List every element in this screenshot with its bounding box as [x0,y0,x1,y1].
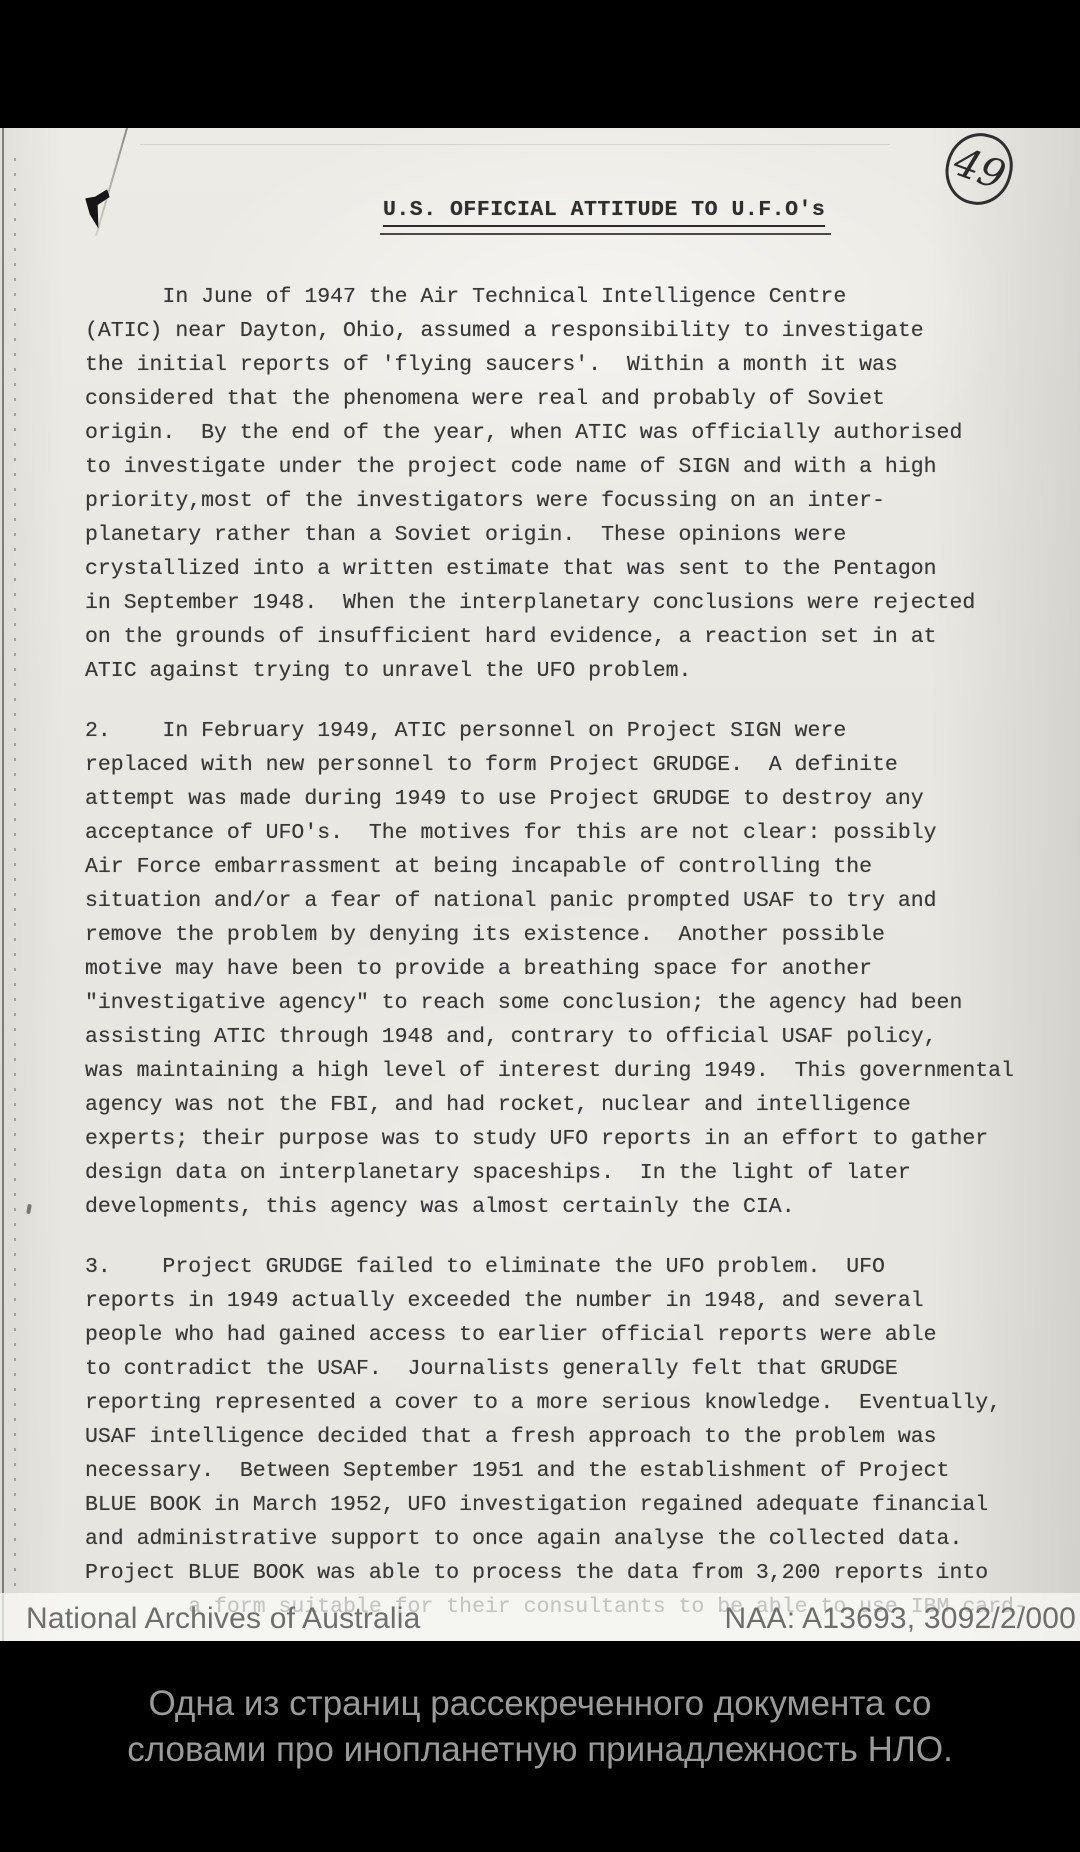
screenshot-root: 49 U.S. OFFICIAL ATTITUDE TO U.F.O's In … [0,0,1080,1852]
text-line: Air Force embarrassment at being incapab… [85,850,1075,884]
document-title-text: U.S. OFFICIAL ATTITUDE TO U.F.O's [383,198,825,222]
text-line: BLUE BOOK in March 1952, UFO investigati… [85,1488,1075,1522]
text-line: priority,most of the investigators were … [85,484,1075,518]
stray-mark [26,1204,32,1215]
paper-crease [95,128,128,236]
perforation-dots [14,158,16,1588]
title-underline-2 [380,233,831,235]
text-line: was maintaining a high level of interest… [85,1054,1075,1088]
text-line: reports in 1949 actually exceeded the nu… [85,1284,1075,1318]
text-line: considered that the phenomena were real … [85,382,1075,416]
text-line: attempt was made during 1949 to use Proj… [85,782,1075,816]
text-line: 3. Project GRUDGE failed to eliminate th… [85,1250,1075,1284]
paragraph-1: In June of 1947 the Air Technical Intell… [85,280,1075,688]
text-line: design data on interplanetary spaceships… [85,1156,1075,1190]
page-number-circle: 49 [938,128,1019,212]
text-line: replaced with new personnel to form Proj… [85,748,1075,782]
text-line: planetary rather than a Soviet origin. T… [85,518,1075,552]
text-line: necessary. Between September 1951 and th… [85,1454,1075,1488]
text-line: motive may have been to provide a breath… [85,952,1075,986]
text-line: In June of 1947 the Air Technical Intell… [85,280,1075,314]
scan-scratch [140,144,890,145]
text-line: origin. By the end of the year, when ATI… [85,416,1075,450]
archive-footer: National Archives of Australia NAA: A136… [0,1593,1080,1641]
paragraph-2: 2. In February 1949, ATIC personnel on P… [85,714,1075,1224]
archive-name: National Archives of Australia [26,1602,421,1635]
text-line: developments, this agency was almost cer… [85,1190,1075,1224]
text-line: acceptance of UFO's. The motives for thi… [85,816,1075,850]
text-line: to contradict the USAF. Journalists gene… [85,1352,1075,1386]
text-line: people who had gained access to earlier … [85,1318,1075,1352]
text-line: crystallized into a written estimate tha… [85,552,1075,586]
caption-line-2: словами про инопланетную принадлежность … [0,1727,1080,1773]
text-line: and administrative support to once again… [85,1522,1075,1556]
ink-mark [81,187,110,230]
page-number: 49 [948,142,1010,197]
text-line: the initial reports of 'flying saucers'.… [85,348,1075,382]
text-line: Project BLUE BOOK was able to process th… [85,1556,1075,1590]
text-line: in September 1948. When the interplaneta… [85,586,1075,620]
scan-edge-line [2,128,4,1641]
text-line: to investigate under the project code na… [85,450,1075,484]
text-line: situation and/or a fear of national pani… [85,884,1075,918]
text-line: agency was not the FBI, and had rocket, … [85,1088,1075,1122]
title-underline-1 [383,225,825,227]
paragraph-3: 3. Project GRUDGE failed to eliminate th… [85,1250,1075,1624]
text-line: assisting ATIC through 1948 and, contrar… [85,1020,1075,1054]
text-line: 2. In February 1949, ATIC personnel on P… [85,714,1075,748]
text-line: "investigative agency" to reach some con… [85,986,1075,1020]
text-line: (ATIC) near Dayton, Ohio, assumed a resp… [85,314,1075,348]
text-line: ATIC against trying to unravel the UFO p… [85,654,1075,688]
text-line: on the grounds of insufficient hard evid… [85,620,1075,654]
text-line: experts; their purpose was to study UFO … [85,1122,1075,1156]
text-line: USAF intelligence decided that a fresh a… [85,1420,1075,1454]
archive-reference: NAA: A13693, 3092/2/000 [724,1602,1076,1635]
document-scan: 49 U.S. OFFICIAL ATTITUDE TO U.F.O's In … [0,128,1080,1641]
text-line: remove the problem by denying its existe… [85,918,1075,952]
top-letterbox-bar [0,0,1080,128]
text-line: reporting represented a cover to a more … [85,1386,1075,1420]
document-title: U.S. OFFICIAL ATTITUDE TO U.F.O's [383,198,825,235]
caption-overlay: Одна из страниц рассекреченного документ… [0,1641,1080,1852]
document-body: In June of 1947 the Air Technical Intell… [85,280,1075,1624]
caption-line-1: Одна из страниц рассекреченного документ… [0,1681,1080,1727]
